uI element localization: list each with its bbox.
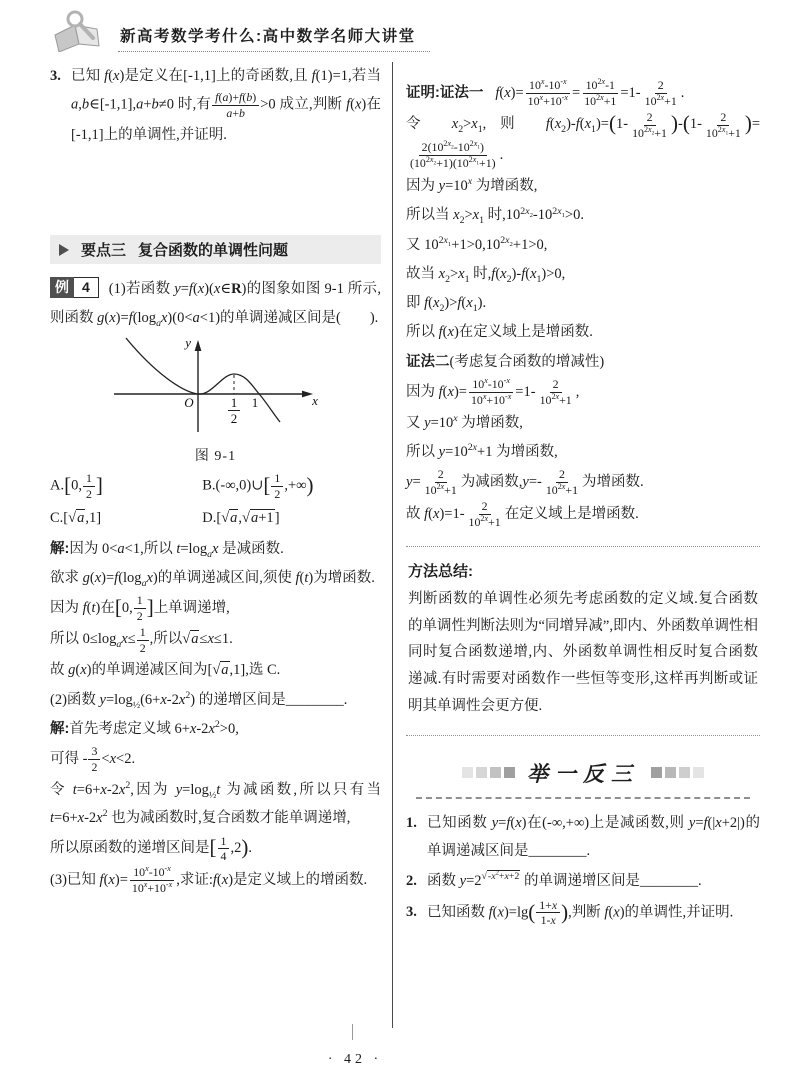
proof-formula: f(x)=10x-10-x10x+10-x=102x-1102x+1=1-210… [495, 85, 684, 101]
section-bar-keypoint-3: 要点三 复合函数的单调性问题 [50, 235, 381, 264]
section-label: 要点三 [81, 239, 126, 260]
practice-banner: 举一反三 [416, 758, 750, 799]
example-badge: 例4 [50, 277, 99, 298]
figure-y-axis-label: y [183, 335, 191, 350]
part-3-text: (3)已知 f(x)=10x-10-x10x+10-x,求证:f(x)是定义域上… [50, 872, 367, 888]
proof-heading: 证明:证法一f(x)=10x-10-x10x+10-x=102x-1102x+1… [406, 78, 760, 109]
figure-origin-label: O [184, 395, 194, 410]
textbook-page: 新高考数学考什么:高中数学名师大讲堂 3. 已知 f(x)是定义在[-1,1]上… [0, 0, 790, 1086]
book-magnifier-logo-icon [50, 10, 110, 52]
practice-text: 已知函数 f(x)=lg(1+x1-x),判断 f(x)的单调性,并证明. [427, 898, 733, 929]
practice-item-2: 2. 函数 y=2√-x2+x+2 的单调递增区间是________. [406, 867, 760, 895]
option-b: B.(-∞,0)∪[12,+∞) [202, 471, 381, 502]
method-summary-box: 方法总结: 判断函数的单调性必须先考虑函数的定义域.复合函数的单调性判断法则为“… [406, 546, 760, 736]
header-title-rule: 新高考数学考什么:高中数学名师大讲堂 [118, 24, 430, 52]
solution-text: 首先考虑定义域 6+x-2x2>0, [69, 721, 239, 737]
proof-label: 证明:证法一 [406, 85, 483, 101]
proof-text: 因为 f(x)=10x-10-x10x+10-x=1-2102x+1, [406, 384, 579, 400]
proof-line: 故 f(x)=1-2102x+1在定义域上是增函数. [406, 499, 760, 530]
figure-half-numerator: 1 [230, 395, 237, 410]
part-2-question: (2)函数 y=log½(6+x-2x2) 的递增区间是________. [50, 686, 381, 714]
proof-text: 令 x2>x1,则 f(x2)-f(x1)=(1-2102x2+1)-(1-21… [406, 116, 760, 163]
practice-text: 已知函数 y=f(x)在(-∞,+∞)上是减函数,则 y=f(|x+2|)的单调… [427, 809, 760, 866]
proof-line: 令 x2>x1,则 f(x2)-f(x1)=(1-2102x2+1)-(1-21… [406, 110, 760, 171]
page-footer: · 42 · [50, 1028, 760, 1086]
print-mark [352, 1024, 353, 1040]
solution-line: 故 g(x)的单调递减区间为[√a,1],选 C. [50, 656, 381, 684]
proof-text: 所以 f(x)在定义域上是增函数. [406, 324, 593, 340]
page-header: 新高考数学考什么:高中数学名师大讲堂 [50, 10, 760, 52]
solution-line: 所以 0≤logax≤12,所以√a≤x≤1. [50, 625, 381, 656]
solution-text: 令 t=6+x-2x2,因为 y=log½t 为减函数,所以只有当 t=6+x-… [50, 782, 381, 826]
proof-text: y=2102x+1为减函数,y=-2102x+1为增函数. [406, 474, 644, 490]
banner-squares-right-icon [651, 767, 704, 778]
proof-line: 故当 x2>x1 时,f(x2)-f(x1)>0, [406, 260, 760, 288]
solution-label: 解: [50, 541, 69, 557]
two-column-body: 3. 已知 f(x)是定义在[-1,1]上的奇函数,且 f(1)=1,若当 a,… [50, 62, 760, 1028]
example-4-text: (1)若函数 y=f(x)(x∈R)的图象如图 9-1 所示,则函数 g(x)=… [50, 281, 381, 325]
section-title: 复合函数的单调性问题 [138, 239, 288, 260]
option-a: A.[0,12] [50, 471, 202, 502]
solution-line: 解:因为 0<a<1,所以 t=logax 是减函数. [50, 535, 381, 563]
solution-text: 故 g(x)的单调递减区间为[√a,1],选 C. [50, 661, 280, 678]
option-c: C.[√a,1] [50, 510, 202, 527]
page-title: 新高考数学考什么:高中数学名师大讲堂 [120, 24, 416, 46]
figure-x-axis-label: x [311, 393, 318, 408]
solution-text: 所以原函数的递增区间是[14,2). [50, 840, 252, 856]
figure-9-1-graph: O 1 2 1 x y [102, 334, 330, 438]
figure-half-denominator: 2 [230, 411, 237, 426]
proof-text: 所以 y=102x+1 为增函数, [406, 444, 558, 460]
problem-3-text: 已知 f(x)是定义在[-1,1]上的奇函数,且 f(1)=1,若当 a,b∈[… [71, 62, 381, 149]
solution-text: 因为 0<a<1,所以 t=logax 是减函数. [69, 541, 283, 557]
method-2-label: 证法二 [406, 354, 450, 370]
proof-text: 因为 y=10x 为增函数, [406, 178, 537, 194]
example-badge-label: 例 [50, 277, 74, 298]
solution-label: 解: [50, 721, 69, 737]
proof-line: 因为 y=10x 为增函数, [406, 172, 760, 200]
solution-text: 欲求 g(x)=f(logax)的单调递减区间,须使 f(t)为增函数. [50, 570, 375, 586]
problem-3: 3. 已知 f(x)是定义在[-1,1]上的奇函数,且 f(1)=1,若当 a,… [50, 62, 381, 149]
solution-line: 所以原函数的递增区间是[14,2). [50, 834, 381, 865]
proof-line: 所以 y=102x+1 为增函数, [406, 438, 760, 466]
method-2-note: (考虑复合函数的增减性) [450, 354, 605, 370]
solution-text: 所以 0≤logax≤12,所以√a≤x≤1. [50, 631, 233, 647]
solution-line: 可得 -32<x<2. [50, 744, 381, 775]
left-column: 3. 已知 f(x)是定义在[-1,1]上的奇函数,且 f(1)=1,若当 a,… [50, 62, 392, 1028]
proof-line: 又 y=10x 为增函数, [406, 409, 760, 437]
figure-caption: 图 9-1 [102, 445, 330, 465]
option-d: D.[√a,√a+1] [202, 510, 381, 527]
solution-line: 欲求 g(x)=f(logax)的单调递减区间,须使 f(t)为增函数. [50, 564, 381, 592]
proof-text: 故 f(x)=1-2102x+1在定义域上是增函数. [406, 506, 639, 522]
figure-9-1: O 1 2 1 x y 图 9-1 [102, 334, 330, 465]
proof-line: 所以 f(x)在定义域上是增函数. [406, 318, 760, 346]
practice-number: 2. [406, 867, 427, 895]
example-4: 例4(1)若函数 y=f(x)(x∈R)的图象如图 9-1 所示,则函数 g(x… [50, 275, 381, 332]
method-2-heading: 证法二(考虑复合函数的增减性) [406, 348, 760, 376]
practice-text: 函数 y=2√-x2+x+2 的单调递增区间是________. [427, 867, 702, 895]
proof-line: y=2102x+1为减函数,y=-2102x+1为增函数. [406, 467, 760, 498]
practice-number: 3. [406, 898, 427, 929]
method-summary-title: 方法总结: [408, 560, 758, 581]
example-badge-number: 4 [74, 277, 99, 298]
solution-line: 令 t=6+x-2x2,因为 y=log½t 为减函数,所以只有当 t=6+x-… [50, 776, 381, 833]
solution-line: 解:首先考虑定义域 6+x-2x2>0, [50, 715, 381, 743]
proof-text: 故当 x2>x1 时,f(x2)-f(x1)>0, [406, 266, 565, 282]
solution-text: 可得 -32<x<2. [50, 751, 135, 767]
options-grid: A.[0,12] B.(-∞,0)∪[12,+∞) C.[√a,1] D.[√a… [50, 471, 381, 527]
right-column: 证明:证法一f(x)=10x-10-x10x+10-x=102x-1102x+1… [392, 62, 760, 1028]
proof-line: 即 f(x2)>f(x1). [406, 289, 760, 317]
part-3-question: (3)已知 f(x)=10x-10-x10x+10-x,求证:f(x)是定义域上… [50, 865, 381, 896]
banner-squares-left-icon [462, 767, 515, 778]
solution-line: 因为 f(t)在[0,12]上单调递增, [50, 593, 381, 624]
proof-text: 又 102x1+1>0,102x2+1>0, [406, 237, 547, 253]
practice-banner-title: 举一反三 [527, 758, 639, 788]
problem-3-number: 3. [50, 62, 71, 149]
proof-line: 又 102x1+1>0,102x2+1>0, [406, 231, 760, 259]
part-2-text: (2)函数 y=log½(6+x-2x2) 的递增区间是________. [50, 692, 347, 708]
figure-one-label: 1 [251, 395, 258, 410]
proof-text: 又 y=10x 为增函数, [406, 415, 523, 431]
proof-line: 所以当 x2>x1 时,102x2-102x1>0. [406, 201, 760, 229]
method-summary-body: 判断函数的单调性必须先考虑函数的定义域.复合函数的单调性判断法则为“同增异减”,… [408, 586, 758, 720]
solution-text: 因为 f(t)在[0,12]上单调递增, [50, 600, 230, 616]
practice-number: 1. [406, 809, 427, 866]
practice-item-3: 3. 已知函数 f(x)=lg(1+x1-x),判断 f(x)的单调性,并证明. [406, 898, 760, 929]
proof-line: 因为 f(x)=10x-10-x10x+10-x=1-2102x+1, [406, 377, 760, 408]
section-arrow-icon [59, 244, 69, 256]
practice-item-1: 1. 已知函数 y=f(x)在(-∞,+∞)上是减函数,则 y=f(|x+2|)… [406, 809, 760, 866]
practice-list: 1. 已知函数 y=f(x)在(-∞,+∞)上是减函数,则 y=f(|x+2|)… [406, 809, 760, 929]
proof-text: 所以当 x2>x1 时,102x2-102x1>0. [406, 207, 584, 223]
proof-text: 即 f(x2)>f(x1). [406, 295, 486, 311]
page-number: · 42 · [50, 1052, 660, 1068]
